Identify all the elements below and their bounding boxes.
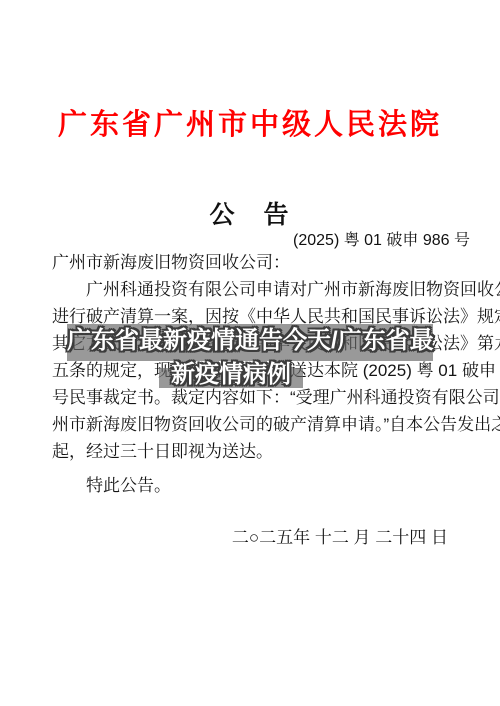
date-line: 二○二五年 十二 月 二十四 日	[52, 523, 491, 548]
body-line: 州市新海废旧物资回收公司的破产清算申请。”自本公告发出之日	[52, 411, 452, 438]
case-number: (2025) 粤 01 破申 986 号	[293, 227, 470, 250]
notice-heading: 公 告	[0, 195, 500, 231]
notice-body: 广州市新海废旧物资回收公司： 广州科通投资有限公司申请对广州市新海废旧物资回收公…	[52, 249, 452, 499]
body-line: 进行破产清算一案，因按《中华人民共和国民事诉讼法》规定的	[52, 303, 452, 330]
court-notice-document: 广东省广州市中级人民法院 公 告 (2025) 粤 01 破申 986 号 广州…	[0, 0, 500, 706]
body-line: 广州科通投资有限公司申请对广州市新海废旧物资回收公司	[52, 276, 452, 303]
body-line: 五条的规定，现依法向你方公告送达本院 (2025) 粤 01 破申 986	[52, 357, 452, 384]
closing-line: 特此公告。	[52, 472, 452, 499]
body-line: 其它方式无法送达，依照《中华人民共和国民事诉讼法》第九十	[52, 330, 452, 357]
body-line: 号民事裁定书。裁定内容如下：“受理广州科通投资有限公司对广	[52, 384, 452, 411]
addressee-line: 广州市新海废旧物资回收公司：	[52, 249, 452, 276]
body-line: 起，经过三十日即视为送达。	[52, 438, 452, 465]
court-title: 广东省广州市中级人民法院	[0, 102, 500, 143]
